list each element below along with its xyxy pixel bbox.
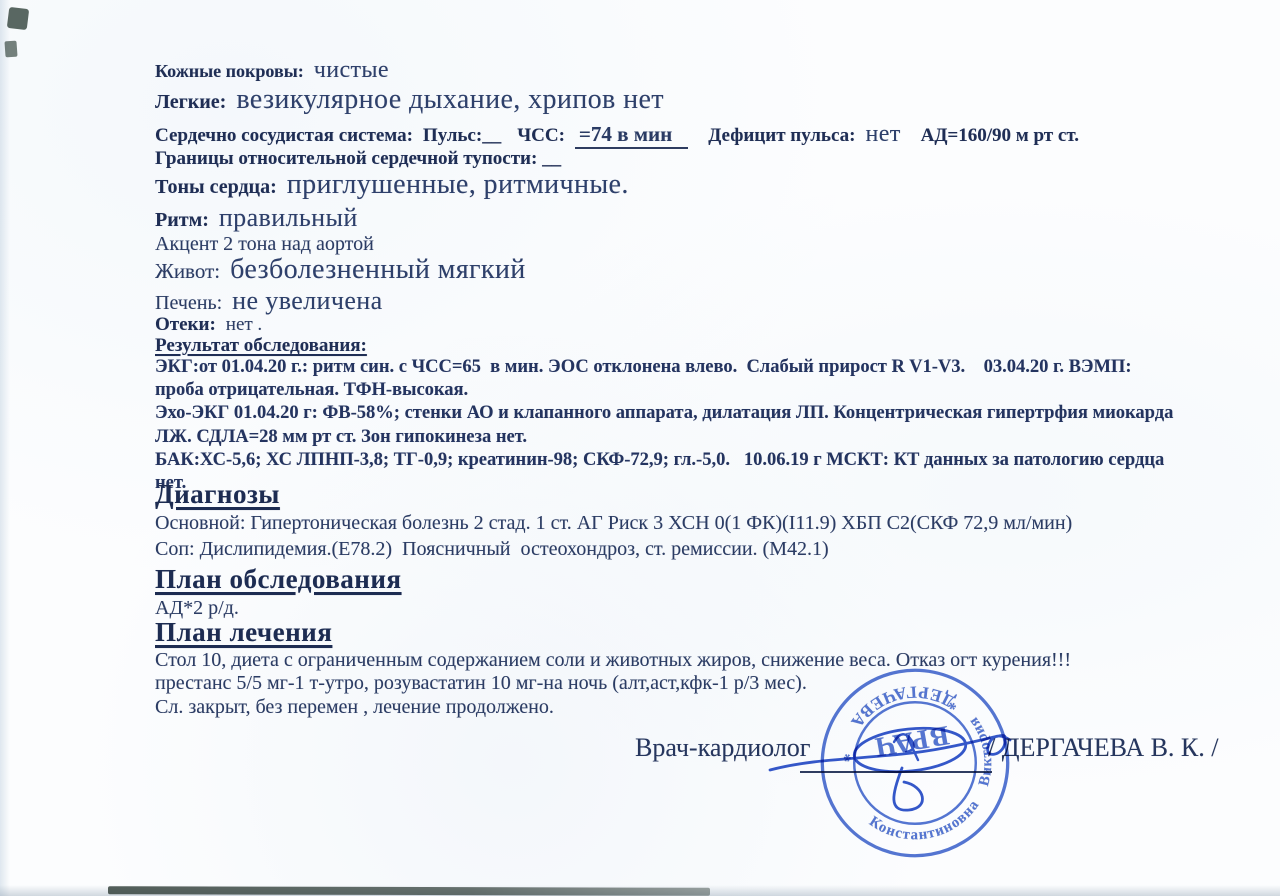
line-cardio-system: Сердечно сосудистая система: Пульс:__ ЧС… (155, 121, 1079, 148)
line-edema: Отеки: нет . (155, 314, 262, 336)
exam-plan-heading: План обследования (155, 564, 402, 595)
heart-tones-value: приглушенные, ритмичные. (287, 169, 629, 200)
cardio-label: Сердечно сосудистая система: (155, 125, 413, 146)
results-line: проба отрицательная. ТФН-высокая. (155, 379, 1173, 402)
signature-scribble-stroke (894, 734, 918, 760)
diagnosis-secondary: Соп: Дислипидемия.(Е78.2) Поясничный ост… (155, 538, 829, 561)
scan-artifact-bottom-bar (108, 886, 710, 896)
results-line: ЭКГ:от 01.04.20 г.: ритм син. с ЧСС=65 в… (155, 356, 1173, 379)
bp-value: АД=160/90 м рт ст. (921, 125, 1079, 146)
scan-artifact-corner-mark (7, 7, 29, 30)
pulse-deficit-value: нет (865, 121, 900, 147)
results-block: ЭКГ:от 01.04.20 г.: ритм син. с ЧСС=65 в… (155, 356, 1173, 495)
skin-value: чистые (314, 57, 389, 83)
heart-borders-label: Границы относительной сердечной тупости:… (155, 148, 561, 169)
accent-text: Акцент 2 тона над аортой (155, 233, 374, 255)
results-line: БАК:ХС-5,6; ХС ЛПНП-3,8; ТГ-0,9; креатин… (155, 449, 1173, 472)
rhythm-value: правильный (219, 203, 358, 232)
hr-label: ЧСС: (517, 125, 565, 146)
rhythm-label: Ритм: (155, 209, 209, 231)
heart-tones-label: Тоны сердца: (155, 176, 277, 198)
liver-label: Печень: (155, 292, 222, 314)
diagnoses-heading: Диагнозы (155, 479, 280, 510)
skin-label: Кожные покровы: (155, 61, 304, 81)
scan-artifact-corner-mark (4, 41, 17, 58)
treatment-plan-heading-text: План лечения (155, 617, 332, 647)
document-page: Кожные покровы: чистые Легкие: везикуляр… (0, 0, 1280, 896)
lungs-value: везикулярное дыхание, хрипов нет (236, 84, 664, 115)
edema-value: нет . (226, 314, 262, 335)
pulse-label: Пульс:__ (423, 125, 501, 146)
line-heart-tones: Тоны сердца: приглушенные, ритмичные. (155, 169, 629, 201)
line-abdomen: Живот: безболезненный мягкий (155, 254, 526, 286)
line-liver: Печень: не увеличена (155, 286, 383, 316)
abdomen-value: безболезненный мягкий (230, 254, 526, 285)
results-line: нет. (155, 472, 1173, 495)
diagnosis-main: Основной: Гипертоническая болезнь 2 стад… (155, 512, 1072, 535)
line-rhythm: Ритм: правильный (155, 203, 358, 233)
signature-loop-stroke (894, 768, 923, 810)
results-heading-text: Результат обследования: (155, 335, 367, 356)
exam-plan-heading-text: План обследования (155, 564, 402, 594)
doctor-signature-svg (752, 698, 1052, 838)
liver-value: не увеличена (232, 286, 382, 315)
results-heading: Результат обследования: (155, 335, 367, 357)
signature-long-stroke (770, 735, 1010, 770)
line-heart-borders: Границы относительной сердечной тупости:… (155, 148, 561, 170)
scan-artifact-left-edge (0, 0, 10, 896)
hr-value: =74 в мин (575, 122, 688, 149)
treatment-plan-heading: План лечения (155, 617, 332, 648)
results-line: Эхо-ЭКГ 01.04.20 г: ФВ-58%; стенки АО и … (155, 402, 1173, 425)
results-line: ЛЖ. СДЛА=28 мм рт ст. Зон гипокинеза нет… (155, 426, 1173, 449)
edema-label: Отеки: (155, 314, 216, 335)
line-skin: Кожные покровы: чистые (155, 57, 389, 84)
line-accent: Акцент 2 тона над аортой (155, 233, 374, 256)
diagnoses-heading-text: Диагнозы (155, 479, 280, 509)
lungs-label: Легкие: (155, 91, 226, 113)
abdomen-label: Живот: (155, 259, 220, 283)
doctor-signature (752, 698, 1052, 838)
pulse-deficit-label: Дефицит пульса: (708, 125, 855, 146)
line-lungs: Легкие: везикулярное дыхание, хрипов нет (155, 84, 664, 116)
